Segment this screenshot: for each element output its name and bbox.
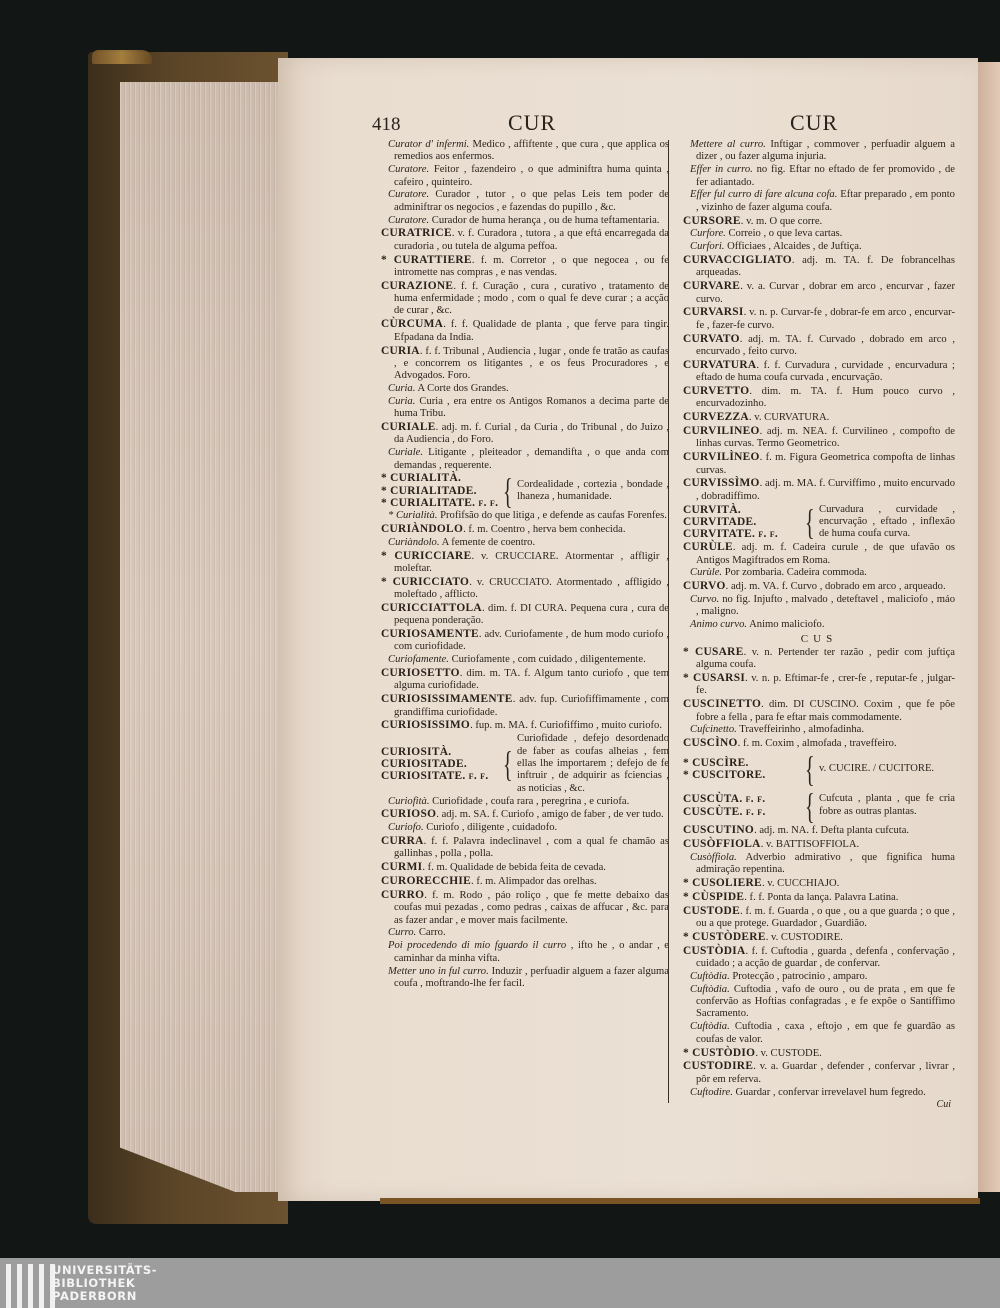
dictionary-entry: CUSCÌNO. f. m. Coxim , almofada , travef… [683,737,955,750]
italic-phrase: Curator d' infermi. [388,139,469,150]
headword: CURVILÌNEO [683,451,760,463]
dictionary-entry-group: * CURIALITÀ.* CURIALITADE.* CURIALITATE.… [381,472,669,509]
dictionary-entry: CURORECCHIE. f. m. Alimpador das orelhas… [381,875,669,888]
sub-entry: Curvo. no fig. Injufto , malvado , detef… [683,594,955,619]
headword: * CÙSPIDE [683,891,744,903]
sub-entry: Curfori. Officiaes , Alcaides , de Jufti… [683,241,955,253]
definition: Cordealidade , cortezia , bondade , lhan… [517,479,669,504]
headword: CURORECCHIE [381,875,471,887]
italic-phrase: Curatore. [388,189,429,200]
dictionary-entry: * CÙSPIDE. f. f. Ponta da lança. Palavra… [683,891,955,904]
headword: * CURIALITADE. [381,485,499,497]
definition: Officiaes , Alcaides , de Juftiça. [724,241,861,252]
sub-entry: Curfore. Correio , o que leva cartas. [683,228,955,240]
sub-entry: Curator d' infermi. Medico , affiftente … [381,139,669,164]
sub-entry: Curiofamente. Curiofamente , com cuidado… [381,654,669,666]
italic-phrase: Curiale. [388,447,423,458]
headword: CURATRICE [381,227,452,239]
headword: CURVITÀ. [683,504,801,516]
sub-entry: Cuftodire. Guardar , confervar irrevelav… [683,1087,955,1099]
definition: Cufcuta , planta , que fe cria fobre as … [819,793,955,818]
headword: * CUSOLIERE [683,877,762,889]
definition: . f. m. Coentro , herva bem conhecida. [463,524,625,535]
dictionary-entry: CURIA. f. f. Tribunal , Audiencia , luga… [381,345,669,383]
italic-phrase: Curro. [388,927,416,938]
dictionary-entry: CURIOSO. adj. m. SA. f. Curiofo , amigo … [381,808,669,821]
dictionary-entry: CURRO. f. m. Rodo , páo roliço , que fe … [381,889,669,927]
italic-phrase: Curatore. [388,164,429,175]
dictionary-entry: * CURICCIATO. v. CRUCCIATO. Atormentado … [381,576,669,602]
definition: . adj. m. NA. f. Defta planta cufcuta. [754,825,909,836]
sub-entry: Curiofità. Curiofidade , coufa rara , pe… [381,796,669,808]
headword: * CUSCITORE. [683,769,801,781]
dictionary-entry: CURVATURA. f. f. Curvadura , curvidade ,… [683,359,955,385]
sub-entry: Curùle. Por zombaria. Cadeira commoda. [683,567,955,579]
italic-phrase: Curùle. [690,567,722,578]
definition: . f. m. Alimpador das orelhas. [471,876,597,887]
headword: * CUSTÒDIO [683,1047,755,1059]
dictionary-entry-group: CUSCÙTA. f. f.CUSCÙTE. f. f.{Cufcuta , p… [683,788,955,824]
section-heading: CUS [683,633,955,645]
headword: CURVEZZA [683,411,749,423]
definition: Curiofidade , defejo desordenado de fabe… [517,733,669,795]
headword: * CURICCIARE [381,550,471,562]
headword: CURIOSITADE. [381,758,499,770]
headword: CUSTODIRE [683,1060,753,1072]
dictionary-entry: CURAZIONE. f. f. Curação , cura , curati… [381,280,669,318]
headword: CURVETTO [683,385,749,397]
italic-phrase: Cuftòdia. [690,984,730,995]
headword: CUSCÙTE. f. f. [683,806,801,818]
dictionary-entry: CUSTODIRE. v. a. Guardar , defender , co… [683,1060,955,1086]
dictionary-entry: CUSÒFFIOLA. v. BATTISOFFIOLA. [683,838,955,851]
page-number: 418 [372,114,401,136]
headword: CURIA [381,345,420,357]
definition: Litigante , pleiteador , demandifta , o … [394,447,669,470]
headword: CURÙLE [683,541,733,553]
definition: . v. BATTISOFFIOLA. [761,839,860,850]
column-rule [668,140,669,1103]
logo-bars-icon [6,1264,55,1308]
sub-entry: Cuftòdia. Protecção , patrocinio , ampar… [683,971,955,983]
headword: * CURATTIERE [381,254,472,266]
dictionary-entry: CURIOSAMENTE. adv. Curiofamente , de hum… [381,628,669,654]
sub-entry: Effer ful curro di fare alcuna cofa. Eft… [683,189,955,214]
italic-phrase: Curia. [388,383,415,394]
definition: A femente de coentro. [440,537,536,548]
headword: CURIOSITÀ. [381,746,499,758]
headword: CURIOSISSIMAMENTE [381,693,513,705]
sub-entry: Curatore. Curador , tutor , o que pelas … [381,189,669,214]
definition: Curiofo , diligente , cuidadofo. [424,822,558,833]
headword: * CUSTÒDERE [683,931,766,943]
sub-entry: Curia. A Corte dos Grandes. [381,383,669,395]
sub-entry: Curiàndolo. A femente de coentro. [381,537,669,549]
sub-entry: Curro. Carro. [381,927,669,939]
definition: . f. m. Qualidade de bebida feita de cev… [422,862,606,873]
sub-entry: Animo curvo. Animo maliciofo. [683,619,955,631]
dictionary-entry: CURMI. f. m. Qualidade de bebida feita d… [381,861,669,874]
definition: . v. CUSTODE. [755,1048,822,1059]
headword: * CUSCÌRE. [683,757,801,769]
italic-phrase: Poi procedendo di mio fguardo il curro [388,940,566,951]
definition: Cuftodia , caxa , eftojo , em que fe gua… [696,1021,955,1044]
dictionary-entry: CURVARSI. v. n. p. Curvar-fe , dobrar-fe… [683,306,955,332]
definition: Correio , o que leva cartas. [726,228,843,239]
italic-phrase: Curiàndolo. [388,537,440,548]
definition: Curvadura , curvidade , encurvação , eft… [819,504,955,541]
definition: Profifsão do que litiga , e defende as c… [437,510,666,521]
headword-list: CURVITÀ.CURVITADE.CURVITATE. f. f. [683,504,801,541]
definition: Curia , era entre os Antigos Romanos a d… [394,396,669,419]
headword: * CURICCIATO [381,576,469,588]
italic-phrase: Metter uno in ful curro. [388,966,489,977]
brace-icon: { [805,504,815,540]
definition: . adj. m. VA. f. Curvo , dobrado em arco… [726,581,946,592]
dictionary-entry: CURIOSISSIMO. fup. m. MA. f. Curiofiffim… [381,719,669,732]
dictionary-entry: CURVILINEO. adj. m. NEA. f. Curvilineo ,… [683,425,955,451]
sub-entry: Effer in curro. no fig. Eftar no eftado … [683,164,955,189]
sub-entry: Curia. Curia , era entre os Antigos Roma… [381,396,669,421]
headword: CUSTÒDIA [683,945,746,957]
definition: Cuftodia , vafo de ouro , ou de prata , … [696,984,955,1020]
headword: * CURIALITATE. f. f. [381,497,499,509]
headword: CUSTODE [683,905,740,917]
italic-phrase: Curvo. [690,594,719,605]
dictionary-entry: CURIOSISSIMAMENTE. adv. fup. Curiofiffim… [381,693,669,719]
definition: v. CUCIRE. / CUCITORE. [819,763,955,775]
definition: . fup. m. MA. f. Curiofiffimo , muito cu… [470,720,662,731]
dictionary-entry: * CUSTÒDIO. v. CUSTODE. [683,1047,955,1060]
dictionary-entry: CURIÀNDOLO. f. m. Coentro , herva bem co… [381,523,669,536]
definition: Feitor , fazendeiro , o que adminiftra h… [394,164,669,187]
italic-phrase: Effer in curro. [690,164,753,175]
dictionary-entry: CURSORE. v. m. O que corre. [683,215,955,228]
headword: CURICCIATTOLA [381,602,482,614]
headword: CUSCÌNO [683,737,738,749]
dictionary-entry: * CUSARE. v. n. Pertender ter razão , pe… [683,646,955,672]
left-column: Curator d' infermi. Medico , affiftente … [381,139,669,991]
dictionary-entry: * CURATTIERE. f. m. Corretor , o que neg… [381,254,669,280]
headword: CURRA [381,835,424,847]
headword: CURMI [381,861,422,873]
italic-phrase: Curiofo. [388,822,424,833]
dictionary-entry: * CUSOLIERE. v. CUCCHIAJO. [683,877,955,890]
dictionary-entry: * CUSARSI. v. n. p. Eftimar-fe , crer-fe… [683,672,955,698]
italic-phrase: Cufcinetto. [690,724,737,735]
headword: * CUSARE [683,646,744,658]
definition: . v. CURVATURA. [749,412,829,423]
definition: Carro. [416,927,445,938]
definition: Curador , tutor , o que pelas Leis tem p… [394,189,669,212]
definition: Curiofidade , coufa rara , peregrina , e… [430,796,630,807]
dictionary-entry-group: * CUSCÌRE.* CUSCITORE.{v. CUCIRE. / CUCI… [683,751,955,787]
headword: * CUSARSI [683,672,745,684]
headword: CURIOSISSIMO [381,719,470,731]
headword: CURVATURA [683,359,756,371]
headword: CURSORE [683,215,741,227]
sub-entry: Cuftòdia. Cuftodia , caxa , eftojo , em … [683,1021,955,1046]
dictionary-entry: CURIALE. adj. m. f. Curial , da Curia , … [381,421,669,447]
dictionary-entry: CURVISSÌMO. adj. m. MA. f. Curviffimo , … [683,477,955,503]
running-head-right: CUR [790,110,838,136]
headword: CURRO [381,889,424,901]
sub-entry: Poi procedendo di mio fguardo il curro ,… [381,940,669,965]
headword-list: CUSCÙTA. f. f.CUSCÙTE. f. f. [683,793,801,818]
sub-entry: Curiofo. Curiofo , diligente , cuidadofo… [381,822,669,834]
definition: . v. CUCCHIAJO. [762,878,839,889]
headword: CUSÒFFIOLA [683,838,761,850]
definition: . v. m. O que corre. [741,216,822,227]
sub-entry: * Curialità. Profifsão do que litiga , e… [381,510,669,522]
page-edges [120,82,280,1192]
definition: Curador de huma herança , ou de huma tef… [429,215,659,226]
italic-phrase: Mettere al curro. [690,139,766,150]
definition: Animo maliciofo. [747,619,824,630]
page-bottom-edge [380,1198,980,1204]
headword-list: CURIOSITÀ.CURIOSITADE.CURIOSITATE. f. f. [381,746,499,783]
italic-phrase: Curiofità. [388,796,430,807]
definition: . f. f. Ponta da lança. Palavra Latina. [744,892,898,903]
definition: . adj. m. f. Curial , da Curia , do Trib… [394,422,669,445]
definition: . f. m. Rodo , páo roliço , que fe mette… [394,890,669,926]
cover-fray [92,50,152,64]
dictionary-entry: CURVETTO. dim. m. TA. f. Hum pouco curvo… [683,385,955,411]
italic-phrase: Cuftòdia. [690,1021,730,1032]
dictionary-entry: CUSCINETTO. dim. DI CUSCINO. Coxim , que… [683,698,955,724]
italic-phrase: Cuftodire. [690,1087,733,1098]
headword: CURVARE [683,280,740,292]
dictionary-entry: CURVARE. v. a. Curvar , dobrar em arco ,… [683,280,955,306]
library-logo: UNIVERSITÄTS- BIBLIOTHEK PADERBORN [0,1258,1000,1308]
brace-icon: { [503,473,513,509]
headword: CÙRCUMA [381,318,443,330]
definition: . f. m. Coxim , almofada , traveffeiro. [738,738,897,749]
headword-list: * CUSCÌRE.* CUSCITORE. [683,757,801,782]
dictionary-entry: * CURICCIARE. v. CRUCCIARE. Atormentar ,… [381,550,669,576]
dictionary-entry: CÙRCUMA. f. f. Qualidade de planta , que… [381,318,669,344]
headword: CURIOSETTO [381,667,460,679]
headword: CURIÀNDOLO [381,523,463,535]
sub-entry: Metter uno in ful curro. Induzir , perfu… [381,966,669,991]
headword: CURVO [683,580,726,592]
dictionary-entry: CUSTODE. f. m. f. Guarda , o que , ou a … [683,905,955,931]
headword: CURAZIONE [381,280,453,292]
headword: CURVITATE. f. f. [683,528,801,540]
headword: CURVACCIGLIATO [683,254,792,266]
dictionary-entry: CURVACCIGLIATO. adj. m. TA. f. De fobran… [683,254,955,280]
definition: Curiofamente , com cuidado , diligenteme… [449,654,646,665]
sub-entry: Curatore. Curador de huma herança , ou d… [381,215,669,227]
sub-entry: Cufcinetto. Traveffeirinho , almofadinha… [683,724,955,736]
headword: CURVATO [683,333,740,345]
dictionary-entry: CURÙLE. adj. m. f. Cadeira curule , de q… [683,541,955,567]
definition: . f. f. Palavra indeclinavel , com a qua… [394,836,669,859]
italic-phrase: Curfore. [690,228,726,239]
sub-entry: Curatore. Feitor , fazendeiro , o que ad… [381,164,669,189]
italic-phrase: Animo curvo. [690,619,747,630]
dictionary-entry: * CUSTÒDERE. v. CUSTODIRE. [683,931,955,944]
definition: A Corte dos Grandes. [415,383,508,394]
definition: Por zombaria. Cadeira commoda. [722,567,867,578]
headword: CURVITADE. [683,516,801,528]
dictionary-entry: CURATRICE. v. f. Curadora , tutora , a q… [381,227,669,253]
definition: no fig. Injufto , malvado , deteftavel ,… [696,594,955,617]
dictionary-entry-group: CURIOSITÀ.CURIOSITADE.CURIOSITATE. f. f.… [381,733,669,795]
dictionary-entry: CUSTÒDIA. f. f. Cuftodia , guarda , defe… [683,945,955,971]
italic-phrase: Effer ful curro di fare alcuna cofa. [690,189,837,200]
headword: CURIOSITATE. f. f. [381,770,499,782]
sub-entry: Mettere al curro. Inftigar , commover , … [683,139,955,164]
sub-entry: Curiale. Litigante , pleiteador , demand… [381,447,669,472]
italic-phrase: Cuftòdia. [690,971,730,982]
headword: CURIOSAMENTE [381,628,479,640]
brace-icon: { [805,788,815,824]
definition: . adj. m. SA. f. Curiofo , amigo de fabe… [436,809,663,820]
definition: . v. CUSTODIRE. [766,932,843,943]
dictionary-entry: CURVATO. adj. m. TA. f. Curvado , dobrad… [683,333,955,359]
italic-phrase: Curiofamente. [388,654,449,665]
dictionary-entry: CUSCUTINO. adj. m. NA. f. Defta planta c… [683,824,955,837]
headword: CURVISSÌMO [683,477,760,489]
dictionary-entry-group: CURVITÀ.CURVITADE.CURVITATE. f. f.{Curva… [683,504,955,541]
logo-line-3: PADERBORN [52,1290,157,1303]
headword: CUSCÙTA. f. f. [683,793,801,805]
headword: CUSCUTINO [683,824,754,836]
brace-icon: { [503,746,513,782]
running-head-left: CUR [508,110,556,136]
headword: CURVARSI [683,306,744,318]
headword: * CURIALITÀ. [381,472,499,484]
definition: . adj. m. f. Cadeira curule , de que ufa… [696,542,955,565]
dictionary-entry: CURICCIATTOLA. dim. f. DI CURA. Pequena … [381,602,669,628]
italic-phrase: Curia. [388,396,415,407]
italic-phrase: Cusòffiola. [690,852,737,863]
sub-entry: Cusòffiola. Adverbio admirativo , que fi… [683,852,955,877]
headword: CUSCINETTO [683,698,761,710]
italic-phrase: Curatore. [388,215,429,226]
dictionary-entry: CURVILÌNEO. f. m. Figura Geometrica comp… [683,451,955,477]
definition: . f. f. Tribunal , Audiencia , lugar , o… [394,346,669,382]
catchword: Cui [683,1099,951,1111]
headword: CURVILINEO [683,425,760,437]
dictionary-entry: CURVEZZA. v. CURVATURA. [683,411,955,424]
brace-icon: { [805,751,815,787]
dictionary-entry: CURVO. adj. m. VA. f. Curvo , dobrado em… [683,580,955,593]
dictionary-entry: CURIOSETTO. dim. m. TA. f. Algum tanto c… [381,667,669,693]
logo-text: UNIVERSITÄTS- BIBLIOTHEK PADERBORN [52,1264,157,1303]
dictionary-entry: CURRA. f. f. Palavra indeclinavel , com … [381,835,669,861]
definition: Traveffeirinho , almofadinha. [737,724,864,735]
headword-list: * CURIALITÀ.* CURIALITADE.* CURIALITATE.… [381,472,499,509]
sub-entry: Cuftòdia. Cuftodia , vafo de ouro , ou d… [683,984,955,1021]
right-column: Mettere al curro. Inftigar , commover , … [683,139,955,1112]
definition: Protecção , patrocinio , amparo. [730,971,868,982]
italic-phrase: Curfori. [690,241,724,252]
headword: CURIOSO [381,808,436,820]
headword: CURIALE [381,421,436,433]
definition: Guardar , confervar irrevelavel hum fegr… [733,1087,926,1098]
italic-phrase: * Curialità. [388,510,437,521]
